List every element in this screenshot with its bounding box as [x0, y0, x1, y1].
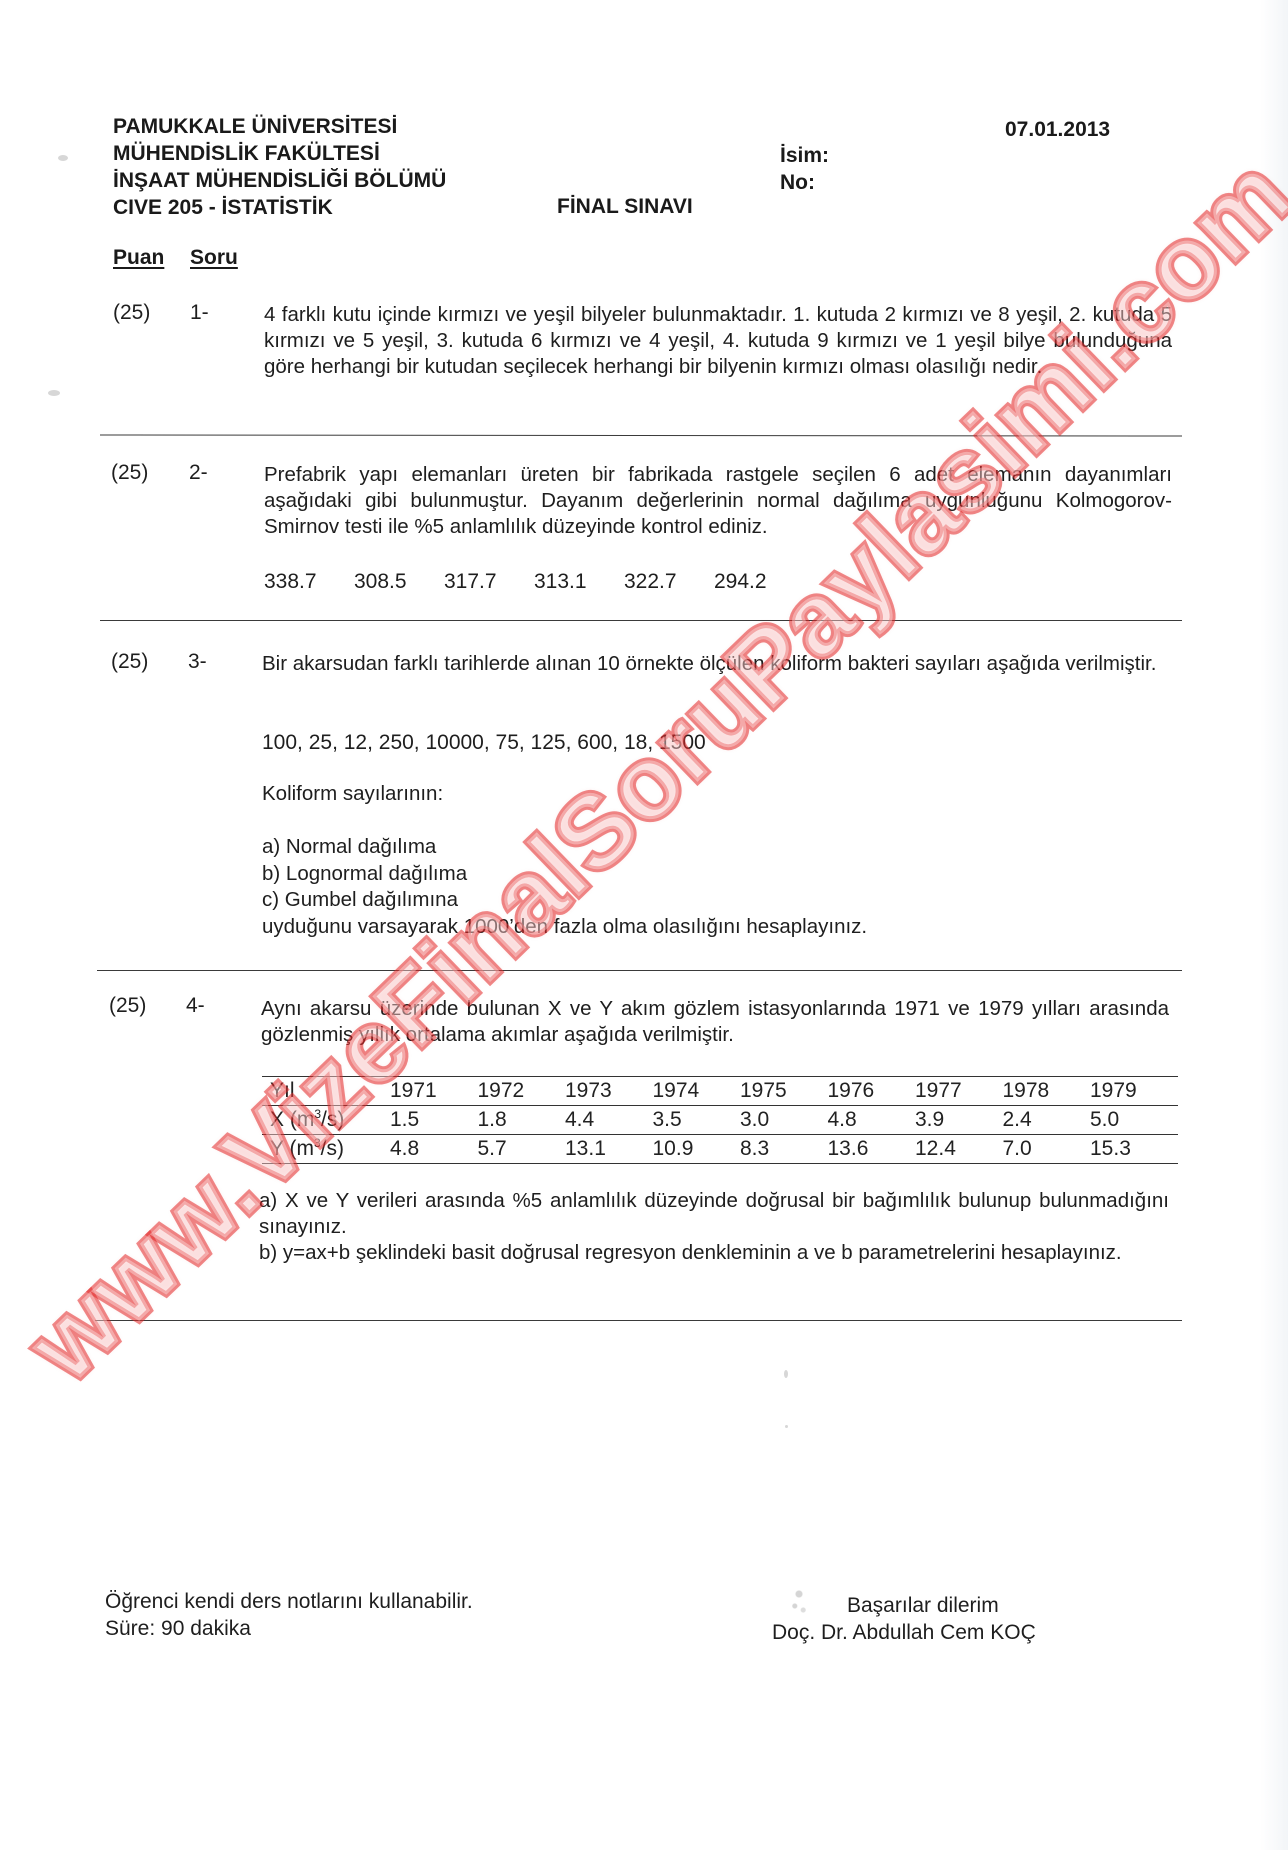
table-cell: 3.5: [653, 1106, 741, 1135]
question-text: Bir akarsudan farklı tarihlerde alınan 1…: [262, 651, 1170, 677]
table-cell: 4.4: [565, 1106, 653, 1135]
notes-permission: Öğrenci kendi ders notlarını kullanabili…: [105, 1588, 473, 1615]
table-cell: 13.6: [828, 1135, 916, 1164]
table-cell: 5.7: [478, 1135, 566, 1164]
name-label: İsim:: [780, 142, 829, 169]
exam-notes: Öğrenci kendi ders notlarını kullanabili…: [105, 1588, 473, 1642]
question-number: 2-: [189, 461, 208, 485]
question-points: (25): [113, 301, 150, 325]
table-cell: 1975: [740, 1077, 828, 1106]
table-row: Y (m3/s) 4.8 5.7 13.1 10.9 8.3 13.6 12.4…: [262, 1135, 1178, 1164]
question-4-text: Aynı akarsu üzerinde bulunan X ve Y akım…: [261, 996, 1169, 1048]
divider: [97, 970, 1182, 971]
table-cell: 1971: [390, 1077, 478, 1106]
table-cell: 5.0: [1090, 1106, 1178, 1135]
exam-page: PAMUKKALE ÜNİVERSİTESİ MÜHENDİSLİK FAKÜL…: [0, 0, 1288, 1850]
question-1-text: 4 farklı kutu içinde kırmızı ve yeşil bi…: [264, 302, 1172, 380]
question-points: (25): [111, 650, 148, 674]
list-item: b) Lognormal dağılıma: [262, 861, 867, 888]
faculty-name: MÜHENDİSLİK FAKÜLTESİ: [113, 140, 446, 167]
table-row: Yıl 1971 1972 1973 1974 1975 1976 1977 1…: [262, 1077, 1178, 1106]
table-cell: 4.8: [828, 1106, 916, 1135]
flow-data-table: Yıl 1971 1972 1973 1974 1975 1976 1977 1…: [262, 1076, 1178, 1164]
greeting: Başarılar dilerim: [772, 1592, 1036, 1619]
table-cell: 1976: [828, 1077, 916, 1106]
table-row: X (m3/s) 1.5 1.8 4.4 3.5 3.0 4.8 3.9 2.4…: [262, 1106, 1178, 1135]
question-number: 3-: [188, 650, 207, 674]
table-cell: 1978: [1003, 1077, 1091, 1106]
scan-artifact: [48, 390, 60, 396]
table-cell: 8.3: [740, 1135, 828, 1164]
question-points: (25): [111, 461, 148, 485]
instructor-signoff: Başarılar dilerim Doç. Dr. Abdullah Cem …: [772, 1592, 1036, 1646]
table-cell: 12.4: [915, 1135, 1003, 1164]
exam-duration: Süre: 90 dakika: [105, 1615, 473, 1642]
scan-artifact: [784, 1370, 788, 1378]
number-label: No:: [780, 169, 829, 196]
table-cell: 15.3: [1090, 1135, 1178, 1164]
question-points: (25): [109, 994, 146, 1018]
table-cell: 1972: [478, 1077, 566, 1106]
table-cell: 3.0: [740, 1106, 828, 1135]
table-cell: 1.5: [390, 1106, 478, 1135]
course-name: CIVE 205 - İSTATİSTİK: [113, 194, 446, 221]
question-number: 1-: [190, 301, 209, 325]
list-item: a) Normal dağılıma: [262, 834, 867, 861]
scan-edge: [1260, 0, 1288, 1850]
value: 294.2: [714, 570, 804, 594]
table-cell: 1979: [1090, 1077, 1178, 1106]
row-label: Y (m3/s): [262, 1135, 390, 1164]
value: 338.7: [264, 570, 354, 594]
divider: [95, 1320, 1182, 1321]
instructor-name: Doç. Dr. Abdullah Cem KOÇ: [772, 1619, 1036, 1646]
points-column-heading: Puan: [113, 246, 164, 270]
part-a: a) X ve Y verileri arasında %5 anlamlılı…: [259, 1188, 1169, 1240]
question-3-text: Bir akarsudan farklı tarihlerde alınan 1…: [262, 651, 1170, 677]
question-text: Prefabrik yapı elemanları üreten bir fab…: [264, 462, 1172, 540]
row-label: Yıl: [262, 1077, 390, 1106]
divider: [100, 435, 1182, 437]
question-number: 4-: [186, 994, 205, 1018]
question-column-heading: Soru: [190, 246, 238, 270]
question-text: 4 farklı kutu içinde kırmızı ve yeşil bi…: [264, 302, 1172, 380]
question-text: Aynı akarsu üzerinde bulunan X ve Y akım…: [261, 996, 1169, 1048]
scan-artifact: [58, 155, 68, 161]
question-closing: uyduğunu varsayarak 1000’den fazla olma …: [262, 914, 867, 941]
question-2-text: Prefabrik yapı elemanları üreten bir fab…: [264, 462, 1172, 540]
table-cell: 7.0: [1003, 1135, 1091, 1164]
table-cell: 13.1: [565, 1135, 653, 1164]
table-cell: 2.4: [1003, 1106, 1091, 1135]
table-cell: 4.8: [390, 1135, 478, 1164]
exam-title: FİNAL SINAVI: [557, 195, 693, 219]
exam-date: 07.01.2013: [1005, 118, 1110, 142]
part-b: b) y=ax+b şeklindeki basit doğrusal regr…: [259, 1240, 1169, 1266]
value: 313.1: [534, 570, 624, 594]
scan-artifact: [785, 1425, 788, 1428]
question-4-parts: a) X ve Y verileri arasında %5 anlamlılı…: [259, 1188, 1169, 1266]
table-cell: 1977: [915, 1077, 1003, 1106]
strength-values: 338.7 308.5 317.7 313.1 322.7 294.2: [264, 570, 804, 594]
divider: [100, 620, 1182, 621]
row-label: X (m3/s): [262, 1106, 390, 1135]
department-name: İNŞAAT MÜHENDİSLİĞİ BÖLÜMÜ: [113, 167, 446, 194]
value: 308.5: [354, 570, 444, 594]
table-cell: 1973: [565, 1077, 653, 1106]
value: 322.7: [624, 570, 714, 594]
value: 317.7: [444, 570, 534, 594]
institution-header: PAMUKKALE ÜNİVERSİTESİ MÜHENDİSLİK FAKÜL…: [113, 113, 446, 221]
distribution-list: a) Normal dağılıma b) Lognormal dağılıma…: [262, 834, 867, 940]
question-lead: Koliform sayılarının:: [262, 782, 443, 806]
university-name: PAMUKKALE ÜNİVERSİTESİ: [113, 113, 446, 140]
table-cell: 1974: [653, 1077, 741, 1106]
list-item: c) Gumbel dağılımına: [262, 887, 867, 914]
student-info-fields: İsim: No:: [780, 142, 829, 196]
coliform-values: 100, 25, 12, 250, 10000, 75, 125, 600, 1…: [262, 731, 706, 755]
table-cell: 1.8: [478, 1106, 566, 1135]
table-cell: 10.9: [653, 1135, 741, 1164]
table-cell: 3.9: [915, 1106, 1003, 1135]
